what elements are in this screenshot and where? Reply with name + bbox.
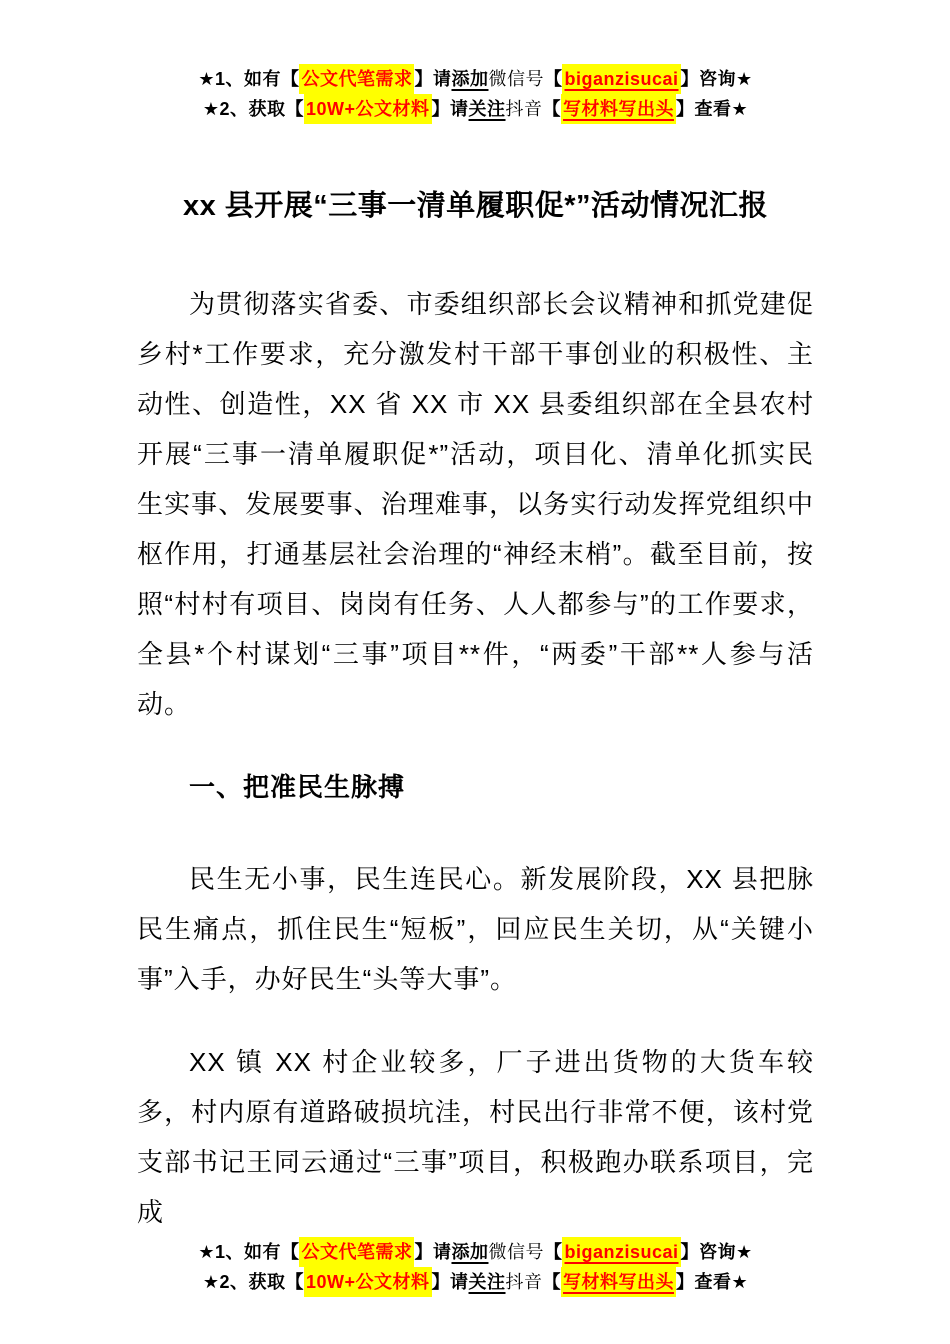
promo2-underlined: 关注 xyxy=(469,1267,506,1297)
section-heading: 一、把准民生脉搏 xyxy=(137,762,814,812)
promo2-highlight: 10W+公文材料 xyxy=(304,94,432,124)
promo2-plain: 抖音 xyxy=(506,1267,543,1297)
promo2-open-bracket: 【 xyxy=(543,94,562,124)
promo1-after-highlight: 】请 xyxy=(414,64,451,94)
body-paragraph: XX 镇 XX 村企业较多，厂子进出货物的大货车较多，村内原有道路破损坑洼，村民… xyxy=(137,1037,814,1237)
document-body: 为贯彻落实省委、市委组织部长会议精神和抓党建促乡村*工作要求，充分激发村干部干事… xyxy=(137,279,814,1237)
promo1-plain: 微信号 xyxy=(488,64,544,94)
promo1-highlight: 公文代笔需求 xyxy=(299,64,414,94)
footer-promo-line-2: ★2、获取【10W+公文材料】请关注抖音【写材料写出头】查看★ xyxy=(137,1267,814,1297)
header-promo-line-2: ★2、获取【10W+公文材料】请关注抖音【写材料写出头】查看★ xyxy=(137,94,814,124)
promo1-open-bracket: 【 xyxy=(544,64,563,94)
promo1-prefix: ★1、如有【 xyxy=(198,1237,299,1267)
promo1-highlight: 公文代笔需求 xyxy=(299,1237,414,1267)
promo2-douyin-id: 写材料写出头 xyxy=(561,1267,676,1297)
promo1-plain: 微信号 xyxy=(488,1237,544,1267)
promo2-plain: 抖音 xyxy=(506,94,543,124)
promo1-wechat-id: biganzisucai xyxy=(562,64,680,94)
promo2-open-bracket: 【 xyxy=(543,1267,562,1297)
body-paragraph: 民生无小事，民生连民心。新发展阶段，XX 县把脉民生痛点，抓住民生“短板”，回应… xyxy=(137,854,814,1004)
promo1-open-bracket: 【 xyxy=(544,1237,563,1267)
promo1-wechat-id: biganzisucai xyxy=(562,1237,680,1267)
promo2-prefix: ★2、获取【 xyxy=(203,94,304,124)
promo1-after-highlight: 】请 xyxy=(414,1237,451,1267)
promo2-douyin-id: 写材料写出头 xyxy=(561,94,676,124)
body-paragraph: 为贯彻落实省委、市委组织部长会议精神和抓党建促乡村*工作要求，充分激发村干部干事… xyxy=(137,279,814,729)
promo1-suffix: 】咨询★ xyxy=(681,64,753,94)
promo1-underlined: 添加 xyxy=(451,64,488,94)
promo1-underlined: 添加 xyxy=(451,1237,488,1267)
promo2-suffix: 】查看★ xyxy=(676,94,748,124)
promo2-after-highlight: 】请 xyxy=(432,1267,469,1297)
promo2-underlined: 关注 xyxy=(469,94,506,124)
document-title: xx 县开展“三事一清单履职促*”活动情况汇报 xyxy=(137,188,814,224)
footer-promo: ★1、如有【公文代笔需求】请添加微信号【biganzisucai】咨询★ ★2、… xyxy=(137,1237,814,1297)
promo1-suffix: 】咨询★ xyxy=(681,1237,753,1267)
promo2-prefix: ★2、获取【 xyxy=(203,1267,304,1297)
promo2-suffix: 】查看★ xyxy=(676,1267,748,1297)
header-promo-line-1: ★1、如有【公文代笔需求】请添加微信号【biganzisucai】咨询★ xyxy=(137,64,814,94)
document-page: ★1、如有【公文代笔需求】请添加微信号【biganzisucai】咨询★ ★2、… xyxy=(0,0,950,1344)
footer-promo-line-1: ★1、如有【公文代笔需求】请添加微信号【biganzisucai】咨询★ xyxy=(137,1237,814,1267)
promo2-highlight: 10W+公文材料 xyxy=(304,1267,432,1297)
promo1-prefix: ★1、如有【 xyxy=(198,64,299,94)
header-promo: ★1、如有【公文代笔需求】请添加微信号【biganzisucai】咨询★ ★2、… xyxy=(137,64,814,124)
promo2-after-highlight: 】请 xyxy=(432,94,469,124)
